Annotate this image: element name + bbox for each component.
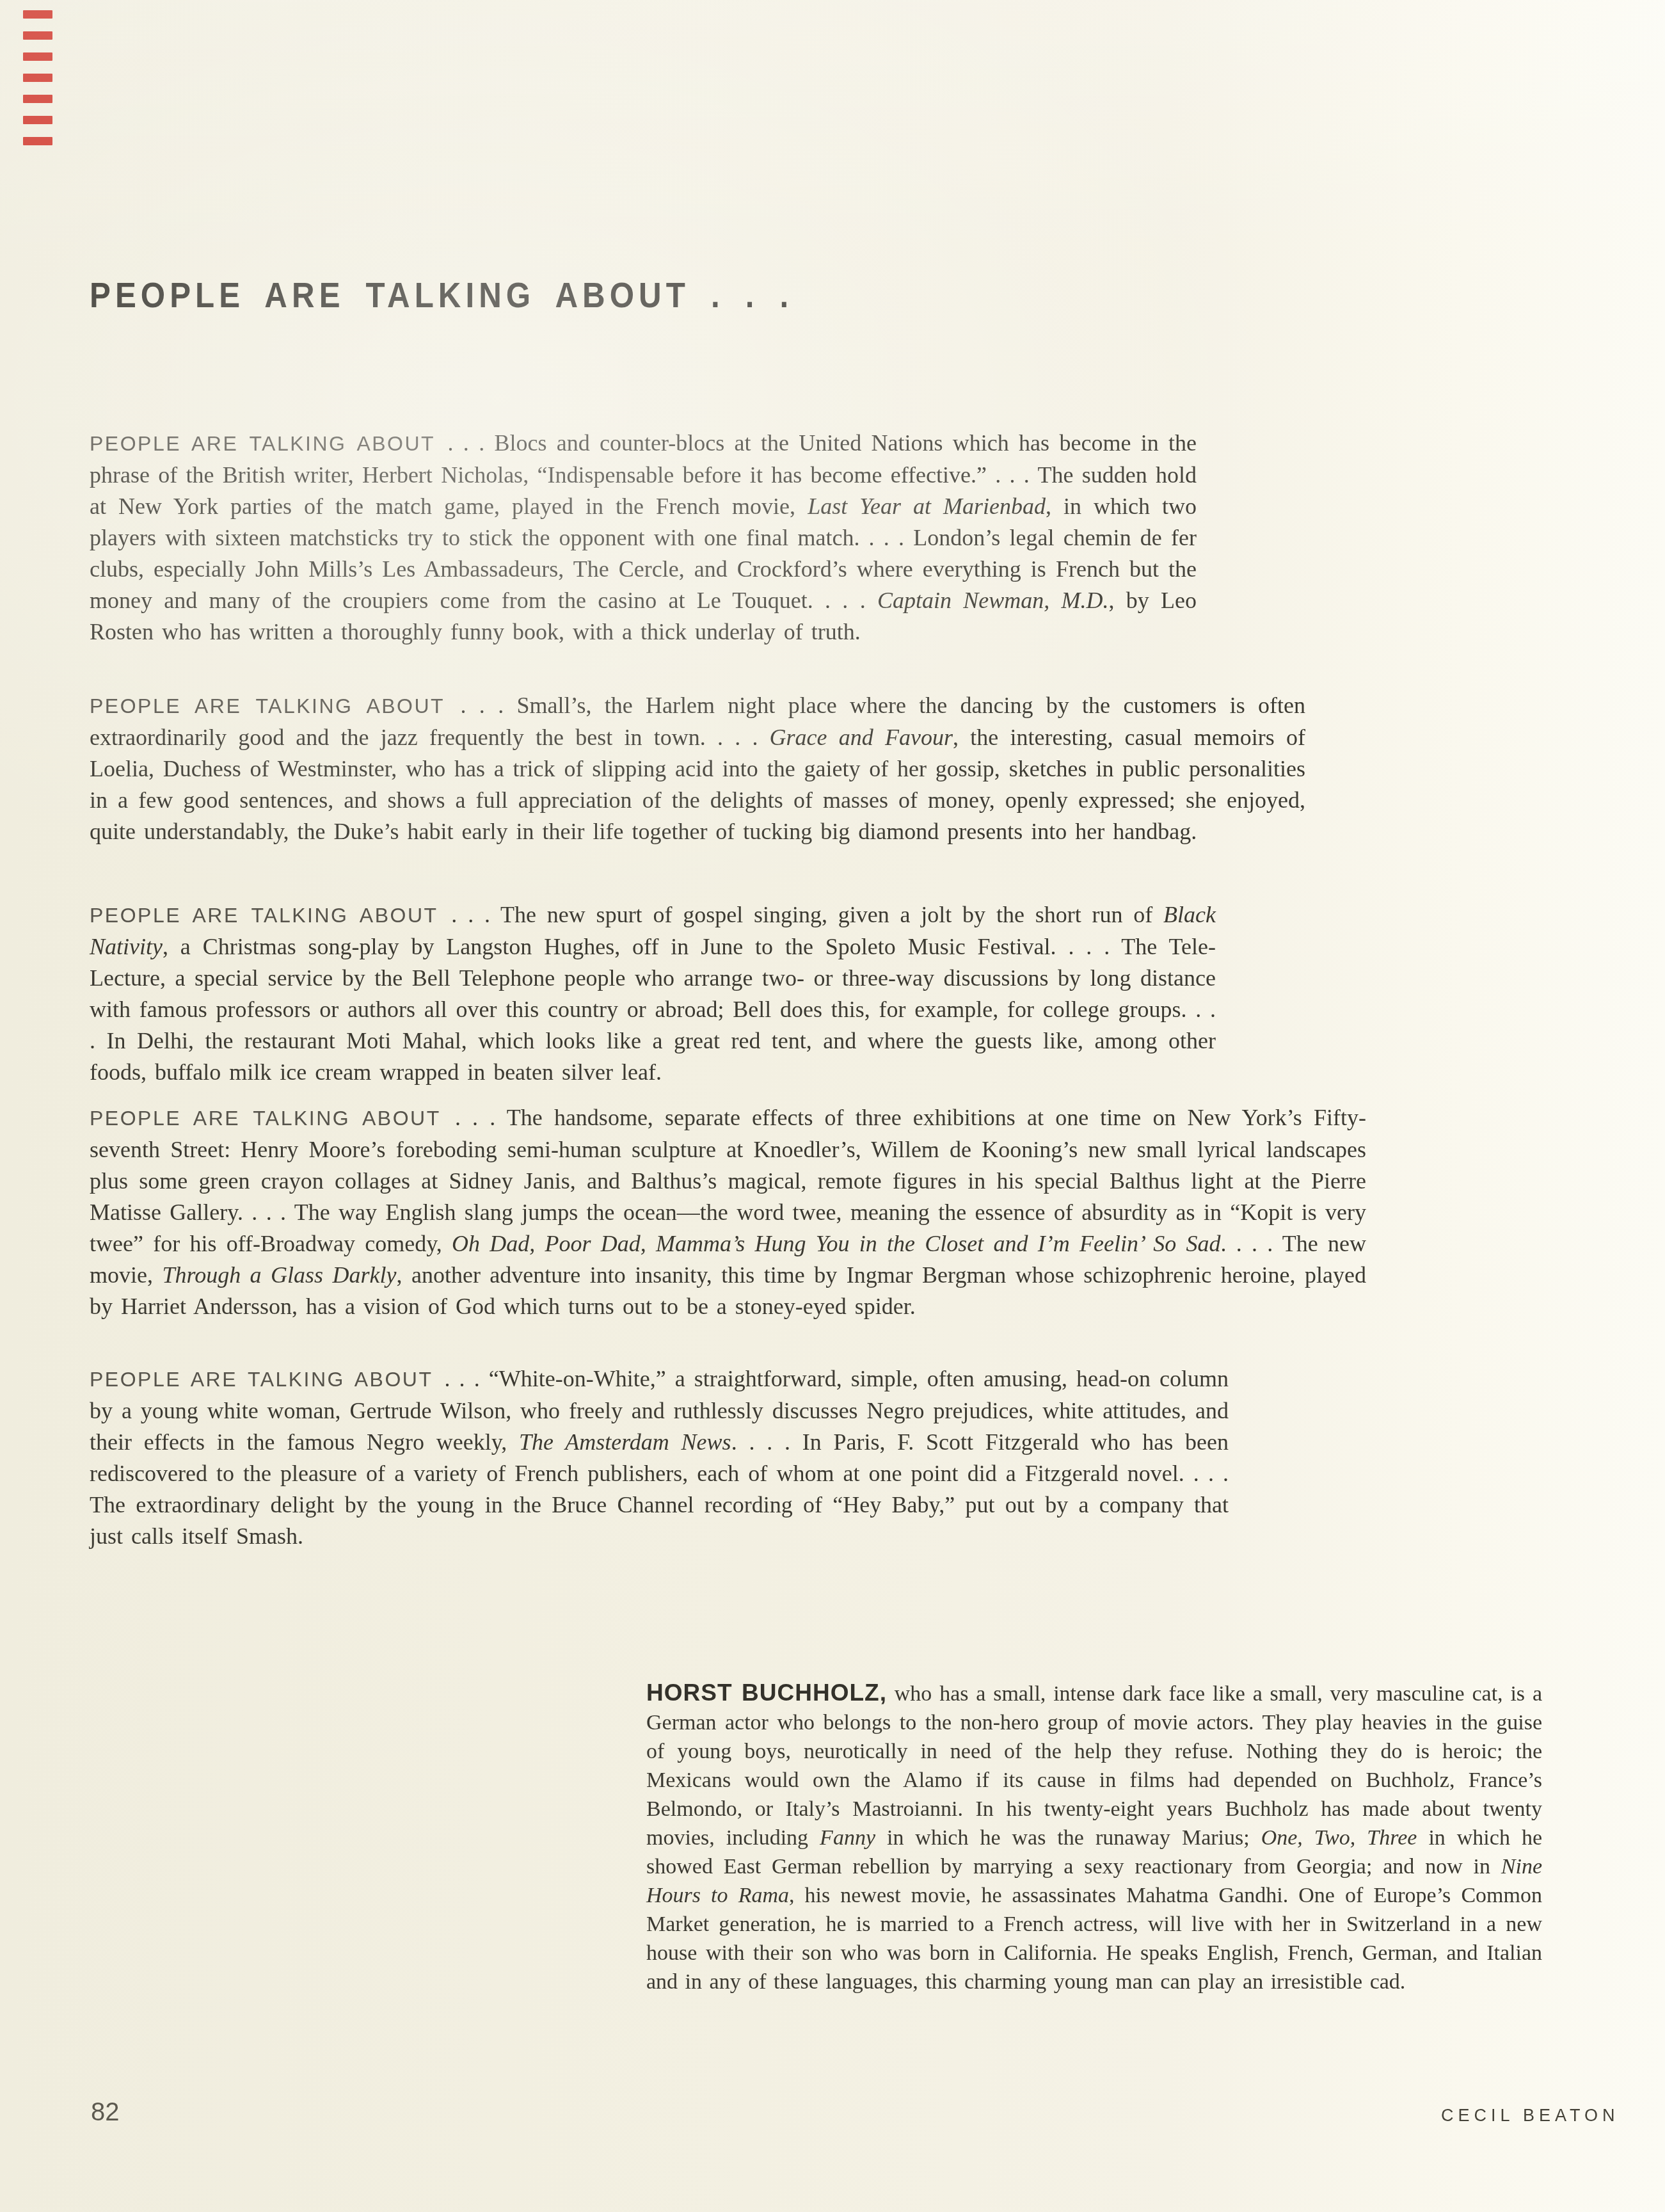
registration-dash	[23, 95, 52, 103]
paragraph-text: . . . The new spurt of gospel singing, g…	[90, 902, 1216, 1085]
talking-about-paragraph: PEOPLE ARE TALKING ABOUT . . . “White-on…	[90, 1363, 1229, 1552]
magazine-page: PEOPLE ARE TALKING ABOUT . . . PEOPLE AR…	[0, 0, 1665, 2212]
paragraph-lead-in: PEOPLE ARE TALKING ABOUT	[90, 1107, 441, 1130]
paragraph-text: . . . “White-on-White,” a straightforwar…	[90, 1366, 1229, 1549]
talking-about-paragraph: PEOPLE ARE TALKING ABOUT . . . Small’s, …	[90, 690, 1305, 847]
registration-dash	[23, 31, 52, 40]
registration-dash	[23, 137, 52, 145]
registration-dash	[23, 74, 52, 82]
paragraph-text: . . . The handsome, separate effects of …	[90, 1105, 1366, 1319]
talking-about-paragraph: PEOPLE ARE TALKING ABOUT . . . The new s…	[90, 899, 1216, 1088]
page-title: PEOPLE ARE TALKING ABOUT . . .	[90, 274, 793, 316]
edge-marks	[23, 10, 52, 158]
paragraph-text: . . . Blocs and counter-blocs at the Uni…	[90, 430, 1197, 645]
feature-paragraph: HORST BUCHHOLZ, who has a small, intense…	[646, 1678, 1542, 1996]
talking-about-paragraph: PEOPLE ARE TALKING ABOUT . . . The hands…	[90, 1102, 1366, 1322]
paragraph-lead-in: PEOPLE ARE TALKING ABOUT	[90, 432, 435, 455]
photographer-credit: CECIL BEATON	[1441, 2106, 1620, 2126]
paragraph-lead-in: PEOPLE ARE TALKING ABOUT	[90, 694, 445, 717]
paragraph-lead-in: PEOPLE ARE TALKING ABOUT	[90, 904, 438, 927]
registration-dash	[23, 52, 52, 61]
talking-about-paragraph: PEOPLE ARE TALKING ABOUT . . . Blocs and…	[90, 428, 1197, 648]
registration-dash	[23, 116, 52, 124]
page-number: 82	[91, 2098, 120, 2127]
feature-text: who has a small, intense dark face like …	[646, 1682, 1542, 1994]
feature-lead-in: HORST BUCHHOLZ,	[646, 1679, 887, 1706]
registration-dash	[23, 10, 52, 19]
paragraph-lead-in: PEOPLE ARE TALKING ABOUT	[90, 1368, 433, 1391]
